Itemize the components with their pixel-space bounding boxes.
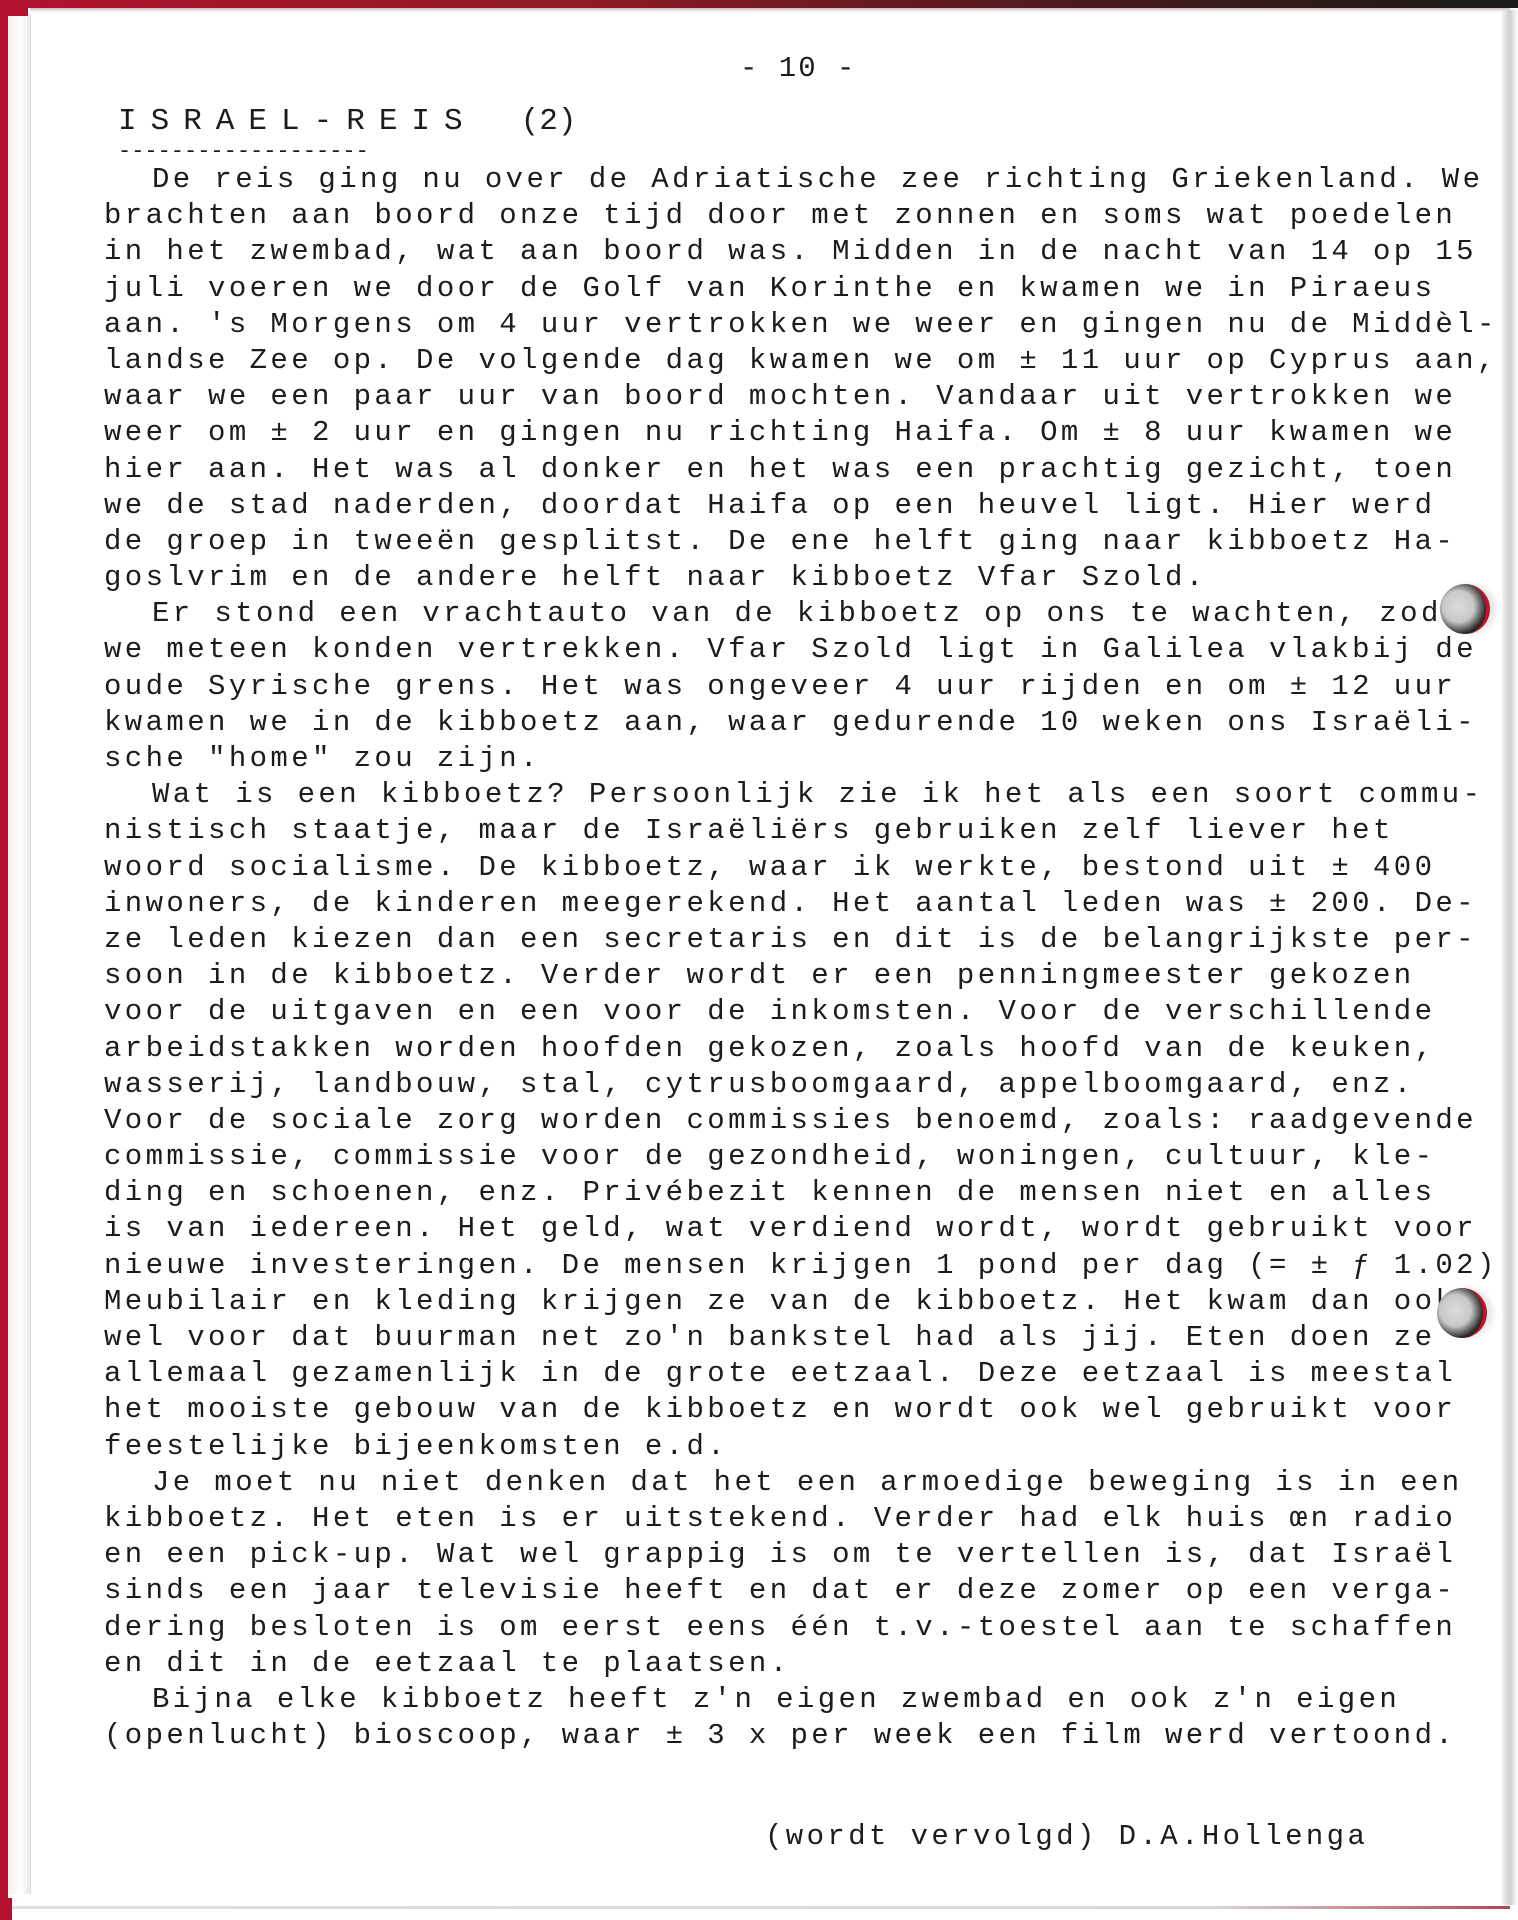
text-line: inwoners, de kinderen meegerekend. Het a… <box>104 886 1504 922</box>
text-line: oude Syrische grens. Het was ongeveer 4 … <box>104 669 1504 705</box>
text-line: de groep in tweeën gesplitst. De ene hel… <box>104 524 1504 560</box>
text-line: soon in de kibboetz. Verder wordt er een… <box>104 958 1504 994</box>
text-line: kibboetz. Het eten is er uitstekend. Ver… <box>104 1501 1504 1537</box>
text-line: dering besloten is om eerst eens één t.v… <box>104 1610 1504 1646</box>
text-line: (openlucht) bioscoop, waar ± 3 x per wee… <box>104 1718 1504 1754</box>
text-line: nieuwe investeringen. De mensen krijgen … <box>104 1248 1504 1284</box>
text-line: landse Zee op. De volgende dag kwamen we… <box>104 343 1504 379</box>
text-line: en dit in de eetzaal te plaatsen. <box>104 1646 1504 1682</box>
article-part-number: (2) <box>521 104 577 139</box>
text-line: wasserij, landbouw, stal, cytrusboomgaar… <box>104 1067 1504 1103</box>
text-line: allemaal gezamenlijk in de grote eetzaal… <box>104 1356 1504 1392</box>
text-line: brachten aan boord onze tijd door met zo… <box>104 198 1504 234</box>
text-line: sche "home" zou zijn. <box>104 741 1504 777</box>
text-line: wel voor dat buurman net zo'n bankstel h… <box>104 1320 1504 1356</box>
text-line: De reis ging nu over de Adriatische zee … <box>104 162 1504 198</box>
text-line: Er stond een vrachtauto van de kibboetz … <box>104 596 1504 632</box>
text-line: Meubilair en kleding krijgen ze van de k… <box>104 1284 1504 1320</box>
article-title: ISRAEL-REIS <box>118 104 477 139</box>
text-line: Wat is een kibboetz? Persoonlijk zie ik … <box>104 777 1504 813</box>
typewritten-page: - 10 - ISRAEL-REIS(2) ------------------… <box>0 0 1518 1920</box>
text-line: aan. 's Morgens om 4 uur vertrokken we w… <box>104 307 1504 343</box>
text-line: ze leden kiezen dan een secretaris en di… <box>104 922 1504 958</box>
text-line: is van iedereen. Het geld, wat verdiend … <box>104 1211 1504 1247</box>
article-body: De reis ging nu over de Adriatische zee … <box>104 162 1504 1754</box>
text-line: we meteen konden vertrekken. Vfar Szold … <box>104 632 1504 668</box>
signature-line: (wordt vervolgd) D.A.Hollenga <box>765 1820 1368 1853</box>
text-line: nistisch staatje, maar de Israëliërs geb… <box>104 813 1504 849</box>
text-line: Bijna elke kibboetz heeft z'n eigen zwem… <box>104 1682 1504 1718</box>
text-line: kwamen we in de kibboetz aan, waar gedur… <box>104 705 1504 741</box>
text-line: in het zwembad, wat aan boord was. Midde… <box>104 234 1504 270</box>
text-line: Voor de sociale zorg worden commissies b… <box>104 1103 1504 1139</box>
text-line: en een pick-up. Wat wel grappig is om te… <box>104 1537 1504 1573</box>
page-number: - 10 - <box>740 52 856 85</box>
text-line: we de stad naderden, doordat Haifa op ee… <box>104 488 1504 524</box>
text-line: weer om ± 2 uur en gingen nu richting Ha… <box>104 415 1504 451</box>
text-line: waar we een paar uur van boord mochten. … <box>104 379 1504 415</box>
article-heading: ISRAEL-REIS(2) <box>118 104 576 139</box>
text-line: ding en schoenen, enz. Privébezit kennen… <box>104 1175 1504 1211</box>
punch-hole-icon <box>1437 1288 1487 1338</box>
text-line: feestelijke bijeenkomsten e.d. <box>104 1429 1504 1465</box>
heading-underline: ------------------- <box>118 141 369 163</box>
punch-hole-icon <box>1440 584 1490 634</box>
text-line: commissie, commissie voor de gezondheid,… <box>104 1139 1504 1175</box>
text-line: sinds een jaar televisie heeft en dat er… <box>104 1573 1504 1609</box>
text-line: het mooiste gebouw van de kibboetz en wo… <box>104 1392 1504 1428</box>
text-line: voor de uitgaven en een voor de inkomste… <box>104 994 1504 1030</box>
text-line: goslvrim en de andere helft naar kibboet… <box>104 560 1504 596</box>
text-line: Je moet nu niet denken dat het een armoe… <box>104 1465 1504 1501</box>
text-line: hier aan. Het was al donker en het was e… <box>104 452 1504 488</box>
text-line: juli voeren we door de Golf van Korinthe… <box>104 271 1504 307</box>
text-line: arbeidstakken worden hoofden gekozen, zo… <box>104 1031 1504 1067</box>
text-line: woord socialisme. De kibboetz, waar ik w… <box>104 850 1504 886</box>
